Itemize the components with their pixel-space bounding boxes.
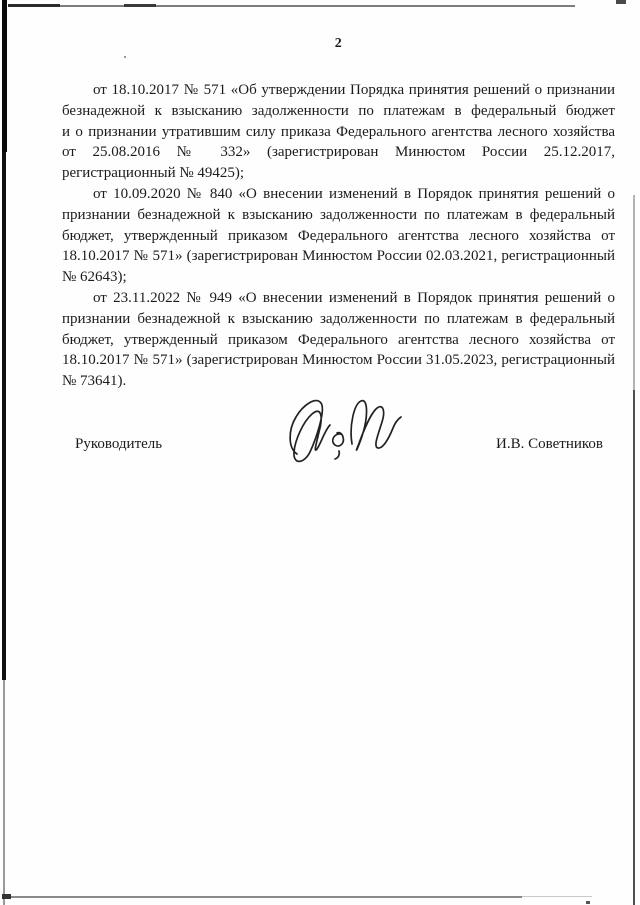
document-line: регистрационный № 49425);: [62, 163, 615, 184]
signature-name: И.В. Советников: [496, 436, 603, 453]
scan-speck: [586, 901, 590, 904]
scan-edge-left-lower: [3, 680, 5, 905]
scan-edge-top: [8, 5, 575, 7]
document-line: от 10.09.2020 № 840 «О внесении изменени…: [62, 184, 615, 205]
document-line: признании безнадежной к взысканию задолж…: [62, 205, 615, 226]
document-line: и о признании утратившим силу приказа Фе…: [62, 122, 615, 143]
page-number: 2: [62, 36, 615, 52]
paragraph: от 10.09.2020 № 840 «О внесении изменени…: [62, 184, 615, 288]
paragraph: от 23.11.2022 № 949 «О внесении изменени…: [62, 288, 615, 392]
scan-edge-right-lower: [633, 390, 635, 905]
signature-icon: [283, 392, 403, 478]
scan-edge-left: [2, 0, 6, 680]
document-line: 18.10.2017 № 571» (зарегистрирован Минюс…: [62, 246, 615, 267]
document-line: признании безнадежной к взысканию задолж…: [62, 309, 615, 330]
document-line: № 73641).: [62, 371, 615, 392]
document-line: бюджет, утвержденный приказом Федерально…: [62, 226, 615, 247]
paragraph: от 18.10.2017 № 571 «Об утверждении Поря…: [62, 80, 615, 184]
signature-row: Руководитель И.В. Советников: [75, 436, 603, 453]
document-body: от 18.10.2017 № 571 «Об утверждении Поря…: [62, 80, 615, 392]
document-line: безнадежной к взысканию задолженности по…: [62, 101, 615, 122]
document-line: от 18.10.2017 № 571 «Об утверждении Поря…: [62, 80, 615, 101]
signature-label: Руководитель: [75, 436, 162, 453]
scan-edge-bottom-dark: [2, 894, 11, 899]
document-line: от 23.11.2022 № 949 «О внесении изменени…: [62, 288, 615, 309]
document-line: бюджет, утвержденный приказом Федерально…: [62, 330, 615, 351]
scan-edge-left-thick: [2, 0, 7, 152]
scan-edge-top-dark: [8, 4, 60, 7]
scan-edge-right-upper: [633, 195, 635, 390]
document-line: 18.10.2017 № 571» (зарегистрирован Минюс…: [62, 350, 615, 371]
scan-edge-bottom: [2, 896, 522, 898]
scan-edge-bottom-ext: [522, 896, 592, 897]
scan-speck: [124, 56, 126, 58]
document-line: № 62643);: [62, 267, 615, 288]
scanned-document-page: 2 от 18.10.2017 № 571 «Об утверждении По…: [0, 0, 640, 905]
document-line: от 25.08.2016 № 332» (зарегистрирован Ми…: [62, 142, 615, 163]
scan-edge-top-tick: [124, 4, 156, 7]
scan-edge-top-mark: [616, 0, 626, 4]
